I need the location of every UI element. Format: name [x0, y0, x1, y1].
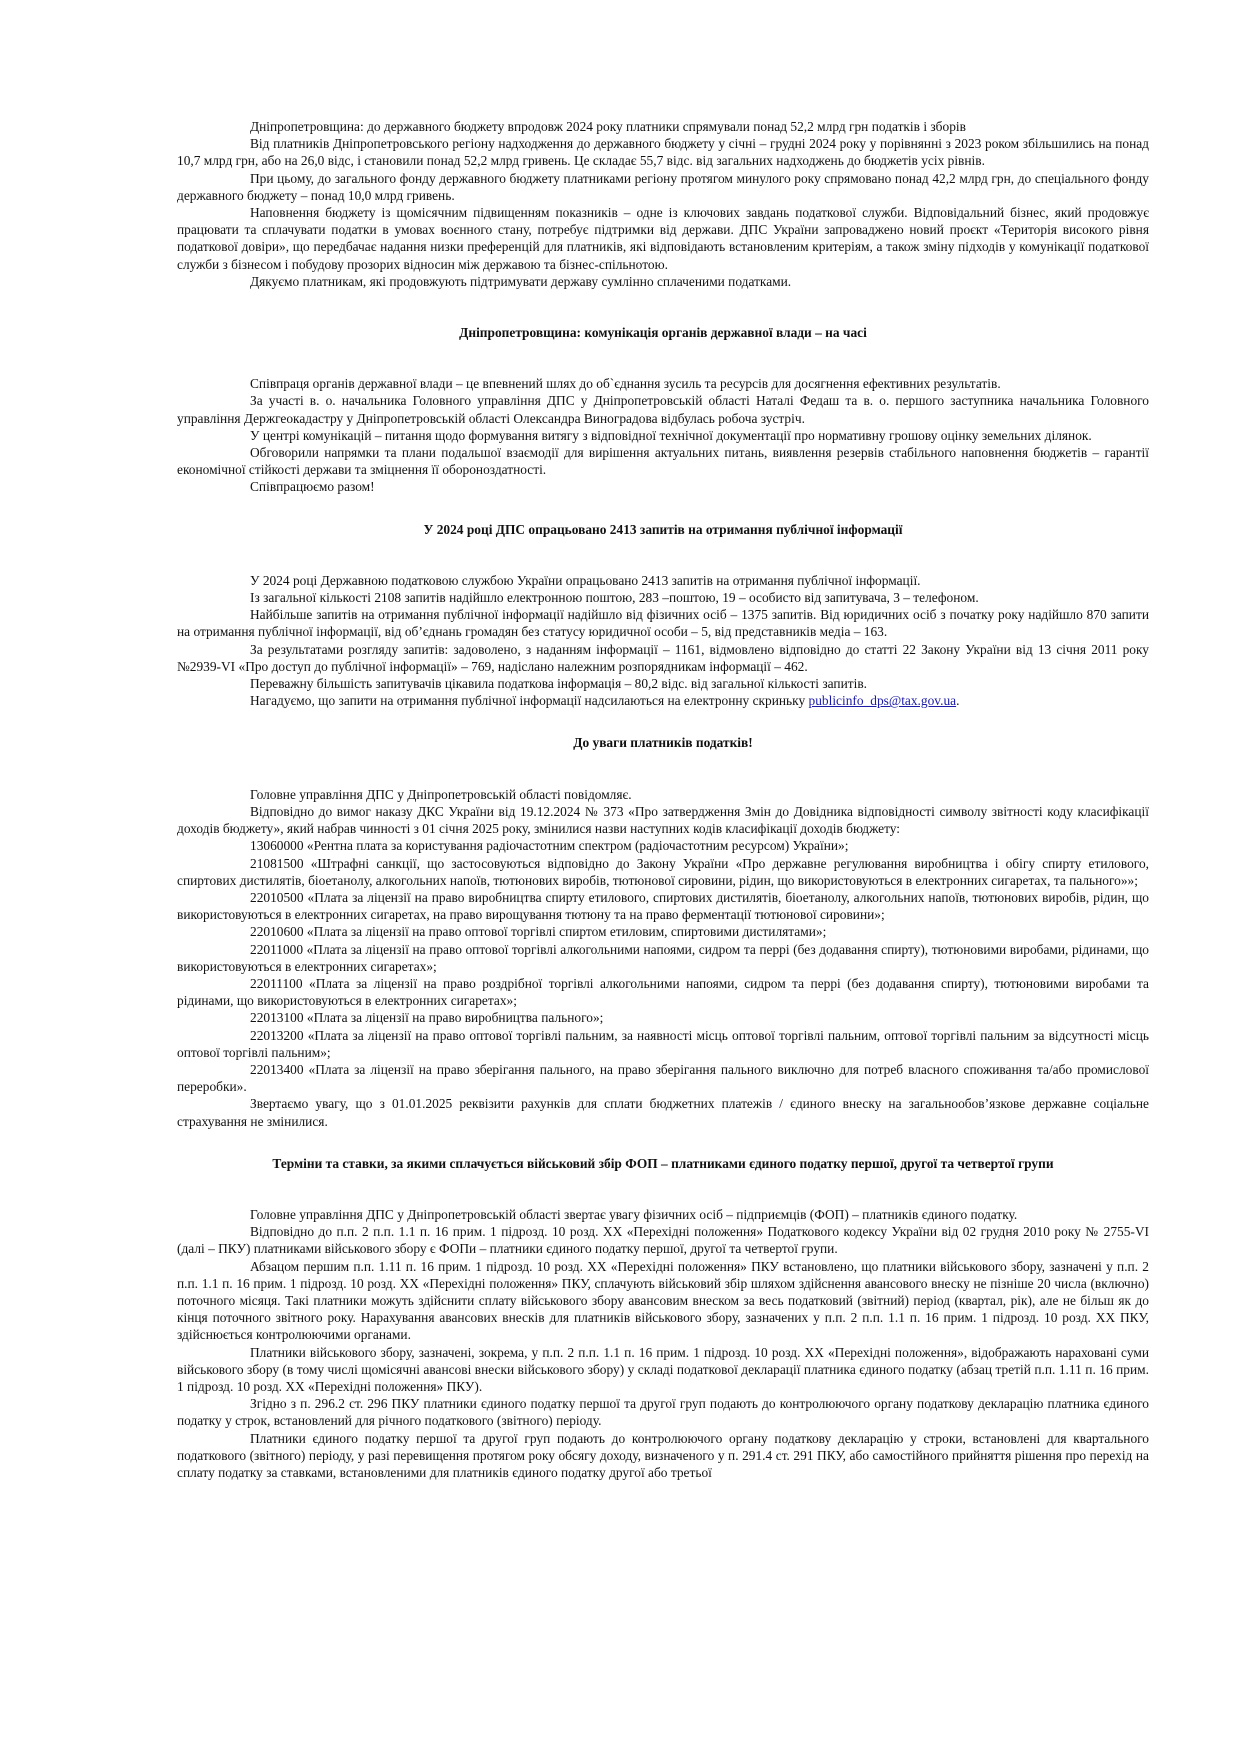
- paragraph: Дякуємо платникам, які продовжують підтр…: [177, 273, 1149, 290]
- paragraph-with-email: Нагадуємо, що запити на отримання публіч…: [177, 692, 1149, 709]
- paragraph: Співпрацюємо разом!: [177, 478, 1149, 495]
- code-item: 21081500 «Штрафні санкції, що застосовую…: [177, 855, 1149, 889]
- paragraph: Звертаємо увагу, що з 01.01.2025 реквізи…: [177, 1095, 1149, 1129]
- code-item: 22010600 «Плата за ліцензії на право опт…: [177, 923, 1149, 940]
- section-communication: Дніпропетровщина: комунікація органів де…: [177, 324, 1149, 496]
- paragraph: Від платників Дніпропетровського регіону…: [177, 135, 1149, 169]
- paragraph: Найбільше запитів на отримання публічної…: [177, 606, 1149, 640]
- paragraph: Дніпропетровщина: до державного бюджету …: [177, 118, 1149, 135]
- paragraph: Наповнення бюджету із щомісячним підвище…: [177, 204, 1149, 273]
- paragraph: Відповідно до п.п. 2 п.п. 1.1 п. 16 прим…: [177, 1223, 1149, 1257]
- paragraph: Відповідно до вимог наказу ДКС України в…: [177, 803, 1149, 837]
- paragraph: При цьому, до загального фонду державног…: [177, 170, 1149, 204]
- code-item: 22011000 «Плата за ліцензії на право опт…: [177, 941, 1149, 975]
- paragraph: Переважну більшість запитувачів цікавила…: [177, 675, 1149, 692]
- paragraph: У 2024 році Державною податковою службою…: [177, 572, 1149, 589]
- section-heading: У 2024 році ДПС опрацьовано 2413 запитів…: [177, 521, 1149, 538]
- section-heading: Терміни та ставки, за якими сплачується …: [177, 1155, 1149, 1172]
- paragraph: За участі в. о. начальника Головного упр…: [177, 392, 1149, 426]
- code-item: 22013400 «Плата за ліцензії на право збе…: [177, 1061, 1149, 1095]
- code-item: 22013200 «Плата за ліцензії на право опт…: [177, 1027, 1149, 1061]
- paragraph: Обговорили напрямки та плани подальшої в…: [177, 444, 1149, 478]
- paragraph: Платники єдиного податку першої та друго…: [177, 1430, 1149, 1482]
- code-item: 22011100 «Плата за ліцензії на право роз…: [177, 975, 1149, 1009]
- paragraph: Головне управління ДПС у Дніпропетровськ…: [177, 1206, 1149, 1223]
- section-military-levy: Терміни та ставки, за якими сплачується …: [177, 1155, 1149, 1481]
- paragraph: Співпраця органів державної влади – це в…: [177, 375, 1149, 392]
- paragraph: За результатами розгляду запитів: задово…: [177, 641, 1149, 675]
- paragraph: У центрі комунікацій – питання щодо форм…: [177, 427, 1149, 444]
- section-public-info: У 2024 році ДПС опрацьовано 2413 запитів…: [177, 521, 1149, 710]
- code-item: 22010500 «Плата за ліцензії на право вир…: [177, 889, 1149, 923]
- paragraph: Згідно з п. 296.2 ст. 296 ПКУ платники є…: [177, 1395, 1149, 1429]
- email-link[interactable]: publicinfo_dps@tax.gov.ua: [809, 693, 957, 708]
- section-tax-codes: До уваги платників податків! Головне упр…: [177, 734, 1149, 1129]
- paragraph: Платники військового збору, зазначені, з…: [177, 1344, 1149, 1396]
- document-page: Дніпропетровщина: до державного бюджету …: [177, 118, 1149, 1481]
- section-budget: Дніпропетровщина: до державного бюджету …: [177, 118, 1149, 290]
- paragraph: Із загальної кількості 2108 запитів наді…: [177, 589, 1149, 606]
- paragraph-text: Нагадуємо, що запити на отримання публіч…: [250, 693, 809, 708]
- paragraph: Головне управління ДПС у Дніпропетровськ…: [177, 786, 1149, 803]
- section-heading: Дніпропетровщина: комунікація органів де…: [177, 324, 1149, 341]
- paragraph: Абзацом першим п.п. 1.11 п. 16 прим. 1 п…: [177, 1258, 1149, 1344]
- code-item: 13060000 «Рентна плата за користування р…: [177, 837, 1149, 854]
- code-item: 22013100 «Плата за ліцензії на право вир…: [177, 1009, 1149, 1026]
- section-heading: До уваги платників податків!: [177, 734, 1149, 751]
- punctuation: .: [956, 693, 959, 708]
